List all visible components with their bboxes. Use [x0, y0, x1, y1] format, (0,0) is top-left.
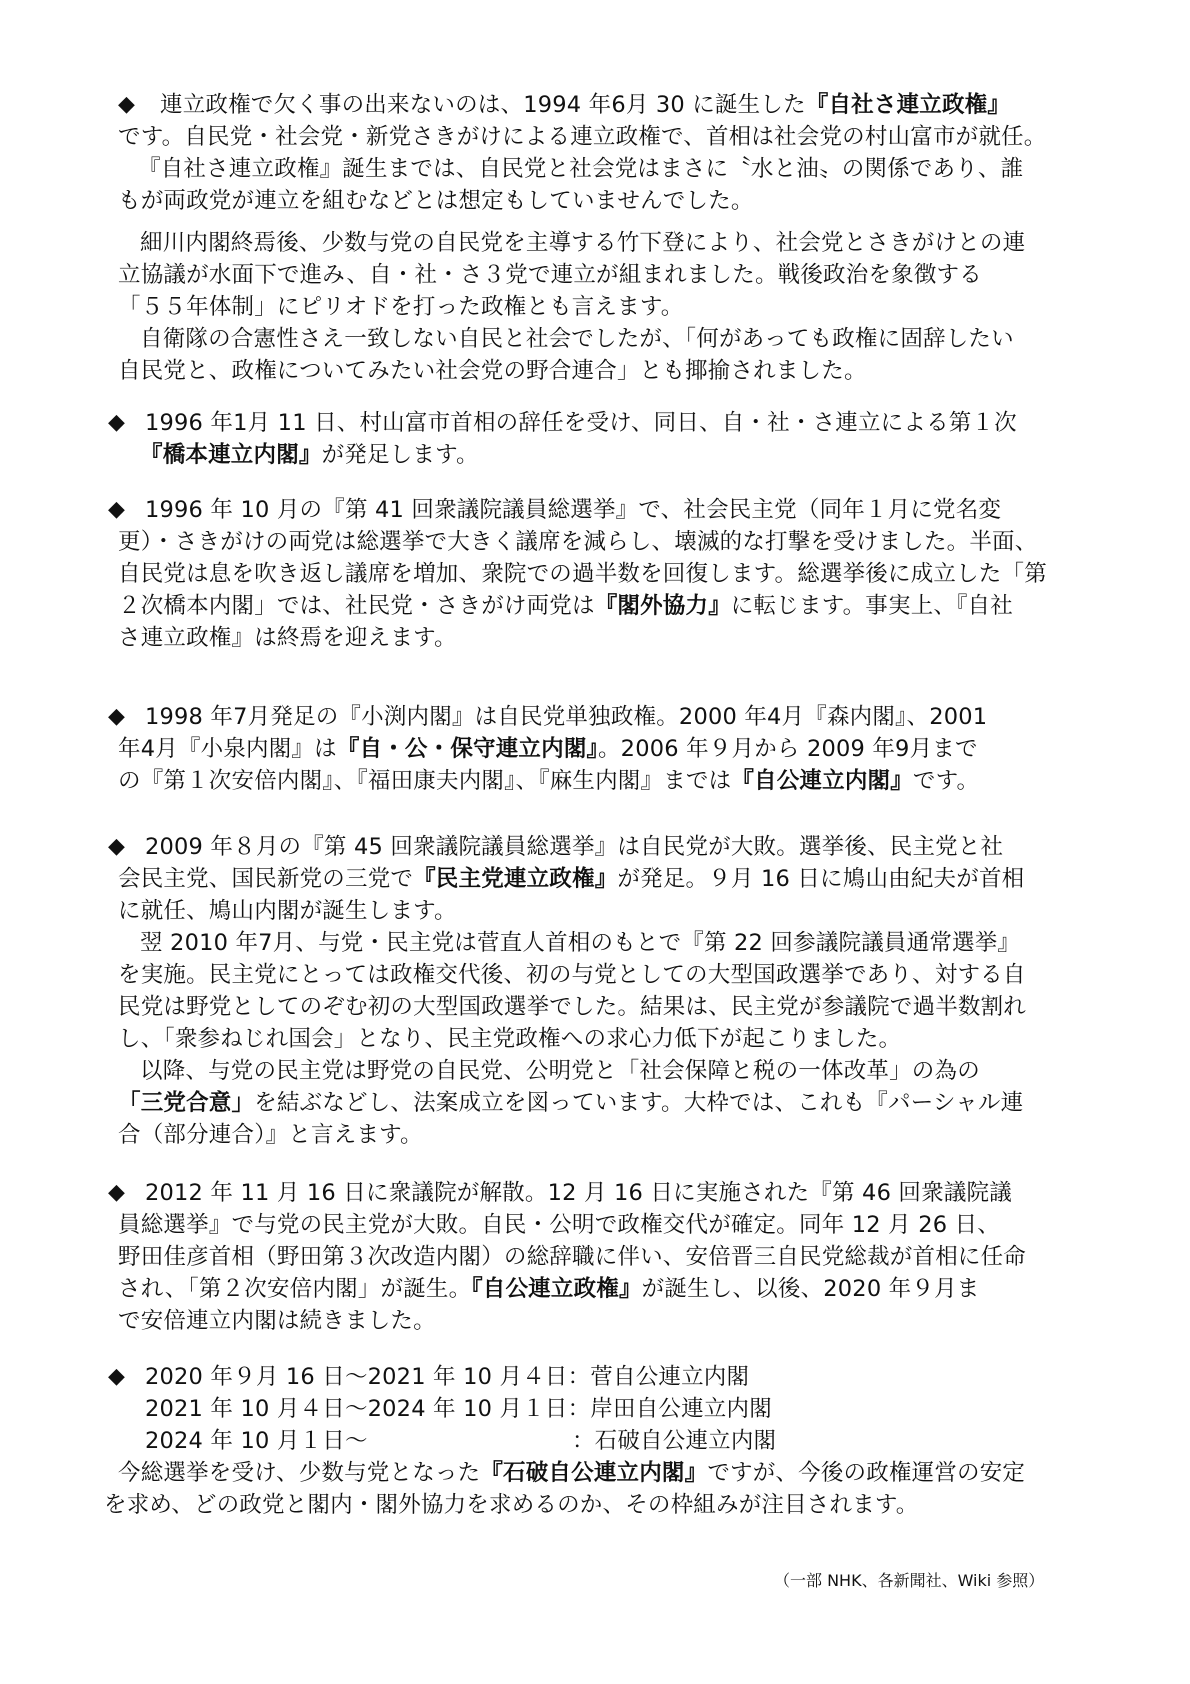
citation: （一部 NHK、各新聞社、Wiki 参照） — [774, 1570, 1044, 1592]
text-line: 「５５年体制」にピリオドを打った政権とも言えます。 — [118, 292, 683, 322]
text-line: 員総選挙』で与党の民主党が大敗。自民・公明で政権交代が確定。同年 12 月 26… — [118, 1210, 1000, 1240]
text-line: 翌 2010 年7月、与党・民主党は菅直人首相のもとで『第 22 回参議院議員通… — [140, 928, 1020, 958]
text-line: 以降、与党の民主党は野党の自民党、公明党と「社会保障と税の一体改革」の為の — [140, 1056, 980, 1086]
text-line: もが両政党が連立を組むなどとは想定もしていませんでした。 — [118, 186, 754, 216]
bullet-diamond-icon: ◆ — [108, 1362, 125, 1392]
text-line: です。自民党・社会党・新党さきがけによる連立政権で、首相は社会党の村山富市が就任… — [118, 122, 1046, 152]
text-line: 民党は野党としてのぞむ初の大型国政選挙でした。結果は、民主党が参議院で過半数割れ — [118, 992, 1026, 1022]
text-line: の『第１次安倍内閣』、『福田康夫内閣』、『麻生内閣』までは『自公連立内閣』です。 — [118, 766, 979, 796]
text-line: 2009 年８月の『第 45 回衆議院議員総選挙』は自民党が大敗。選挙後、民主党… — [145, 832, 1003, 862]
bullet-diamond-icon: ◆ — [118, 90, 135, 120]
text-line: 更）・さきがけの両党は総選挙で大きく議席を減らし、壊滅的な打撃を受けました。半面… — [118, 527, 1037, 557]
text-line: 今総選挙を受け、少数与党となった『石破自公連立内閣』ですが、今後の政権運営の安定 — [118, 1458, 1025, 1488]
text-line: 会民主党、国民新党の三党で『民主党連立政権』が発足。９月 16 日に鳩山由紀夫が… — [118, 864, 1024, 894]
text-line: 『橋本連立内閣』が発足します。 — [140, 440, 479, 470]
text-line: 2020 年９月 16 日～2021 年 10 月４日：菅自公連立内閣 — [145, 1362, 749, 1392]
text-line: し、「衆参ねじれ国会」となり、民主党政権への求心力低下が起こりました。 — [118, 1024, 901, 1054]
bullet-diamond-icon: ◆ — [108, 495, 125, 525]
bullet-diamond-icon: ◆ — [108, 702, 125, 732]
text-line: 1998 年7月発足の『小渕内閣』は自民党単独政権。2000 年4月『森内閣』、… — [145, 702, 987, 732]
bullet-diamond-icon: ◆ — [108, 408, 125, 438]
bullet-diamond-icon: ◆ — [108, 1178, 125, 1208]
text-line: を求め、どの政党と閣内・閣外協力を求めるのか、その枠組みが注目されます。 — [104, 1490, 919, 1520]
text-line: に就任、鳩山内閣が誕生します。 — [118, 896, 457, 926]
text-line: で安倍連立内閣は続きました。 — [118, 1306, 436, 1336]
text-line: さ連立政権』は終焉を迎えます。 — [118, 623, 457, 653]
text-line: 1996 年 10 月の『第 41 回衆議院議員総選挙』で、社会民主党（同年１月… — [145, 495, 1001, 525]
text-line: 連立政権で欠く事の出来ないのは、1994 年6月 30 に誕生した『自社さ連立政… — [160, 90, 1010, 120]
text-line: 自民党は息を吹き返し議席を増加、衆院での過半数を回復します。総選挙後に成立した「… — [118, 559, 1047, 589]
text-line: 1996 年1月 11 日、村山富市首相の辞任を受け、同日、自・社・さ連立による… — [145, 408, 1017, 438]
text-line: を実施。民主党にとっては政権交代後、初の与党としての大型国政選挙であり、対する自 — [118, 960, 1026, 990]
text-line: 立協議が水面下で進み、自・社・さ３党で連立が組まれました。戦後政治を象徴する — [118, 260, 982, 290]
text-line: 自衛隊の合憲性さえ一致しない自民と社会でしたが、「何があっても政権に固辞したい — [140, 324, 1014, 354]
text-line: 細川内閣終焉後、少数与党の自民党を主導する竹下登により、社会党とさきがけとの連 — [140, 228, 1025, 258]
text-line: 2012 年 11 月 16 日に衆議院が解散。12 月 16 日に実施された『… — [145, 1178, 1012, 1208]
document-page: ◆ 連立政権で欠く事の出来ないのは、1994 年6月 30 に誕生した『自社さ連… — [0, 0, 1190, 1684]
text-line: 自民党と、政権についてみたい社会党の野合連合」とも揶揄されました。 — [118, 356, 867, 386]
text-line: 2024 年 10 月１日～ ：石破自公連立内閣 — [145, 1426, 776, 1456]
bullet-diamond-icon: ◆ — [108, 832, 125, 862]
text-line: され、「第２次安倍内閣」が誕生。『自公連立政権』が誕生し、以後、2020 年９月… — [118, 1274, 980, 1304]
text-line: 合（部分連合）』と言えます。 — [118, 1120, 423, 1150]
text-line: ２次橋本内閣」では、社民党・さきがけ両党は『閣外協力』に転じます。事実上、『自社 — [118, 591, 1013, 621]
text-line: 年4月『小泉内閣』は『自・公・保守連立内閣』。2006 年９月から 2009 年… — [118, 734, 978, 764]
text-line: 「三党合意」を結ぶなどし、法案成立を図っています。大枠では、これも『パーシャル連 — [118, 1088, 1023, 1118]
text-line: 2021 年 10 月４日～2024 年 10 月１日：岸田自公連立内閣 — [145, 1394, 772, 1424]
text-line: 『自社さ連立政権』誕生までは、自民党と社会党はまさに〝水と油〟の関係であり、誰 — [138, 154, 1023, 184]
text-line: 野田佳彦首相（野田第３次改造内閣）の総辞職に伴い、安倍晋三自民党総裁が首相に任命 — [118, 1242, 1026, 1272]
